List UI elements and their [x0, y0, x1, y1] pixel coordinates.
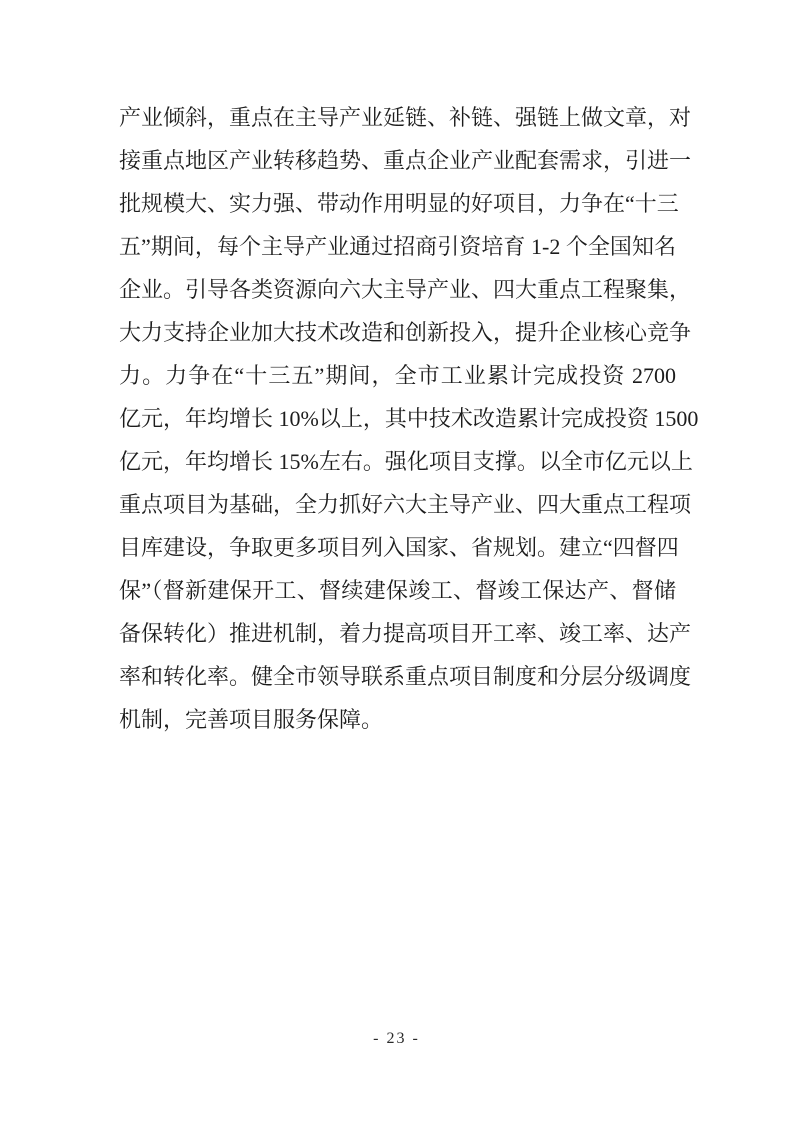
body-text-line: 目库建设，争取更多项目列入国家、省规划。建立“四督四	[119, 526, 676, 569]
page-footer: - 23 -	[0, 1028, 793, 1050]
page-number: - 23 -	[373, 1028, 420, 1050]
body-text-line: 企业。引导各类资源向六大主导产业、四大重点工程聚集，	[119, 268, 676, 311]
body-text-line: 力。力争在“十三五”期间，全市工业累计完成投资 2700	[119, 354, 676, 397]
body-text-line: 率和转化率。健全市领导联系重点项目制度和分层分级调度	[119, 655, 676, 698]
body-text-line: 备保转化）推进机制，着力提高项目开工率、竣工率、达产	[119, 612, 676, 655]
body-text-line: 重点项目为基础，全力抓好六大主导产业、四大重点工程项	[119, 483, 676, 526]
body-text-line: 亿元，年均增长 10%以上，其中技术改造累计完成投资 1500	[119, 397, 676, 440]
body-text-line: 产业倾斜，重点在主导产业延链、补链、强链上做文章，对	[119, 96, 676, 139]
body-text-line: 批规模大、实力强、带动作用明显的好项目，力争在“十三	[119, 182, 676, 225]
body-text-line: 保”（督新建保开工、督续建保竣工、督竣工保达产、督储	[119, 569, 676, 612]
body-text-block: 产业倾斜，重点在主导产业延链、补链、强链上做文章，对 接重点地区产业转移趋势、重…	[119, 96, 676, 741]
body-text-line: 五”期间，每个主导产业通过招商引资培育 1-2 个全国知名	[119, 225, 676, 268]
body-text-line: 大力支持企业加大技术改造和创新投入，提升企业核心竞争	[119, 311, 676, 354]
body-text-line: 亿元，年均增长 15%左右。强化项目支撑。以全市亿元以上	[119, 440, 676, 483]
document-page: 产业倾斜，重点在主导产业延链、补链、强链上做文章，对 接重点地区产业转移趋势、重…	[0, 0, 793, 1122]
body-text-line: 机制，完善项目服务保障。	[119, 698, 676, 741]
body-text-line: 接重点地区产业转移趋势、重点企业产业配套需求，引进一	[119, 139, 676, 182]
